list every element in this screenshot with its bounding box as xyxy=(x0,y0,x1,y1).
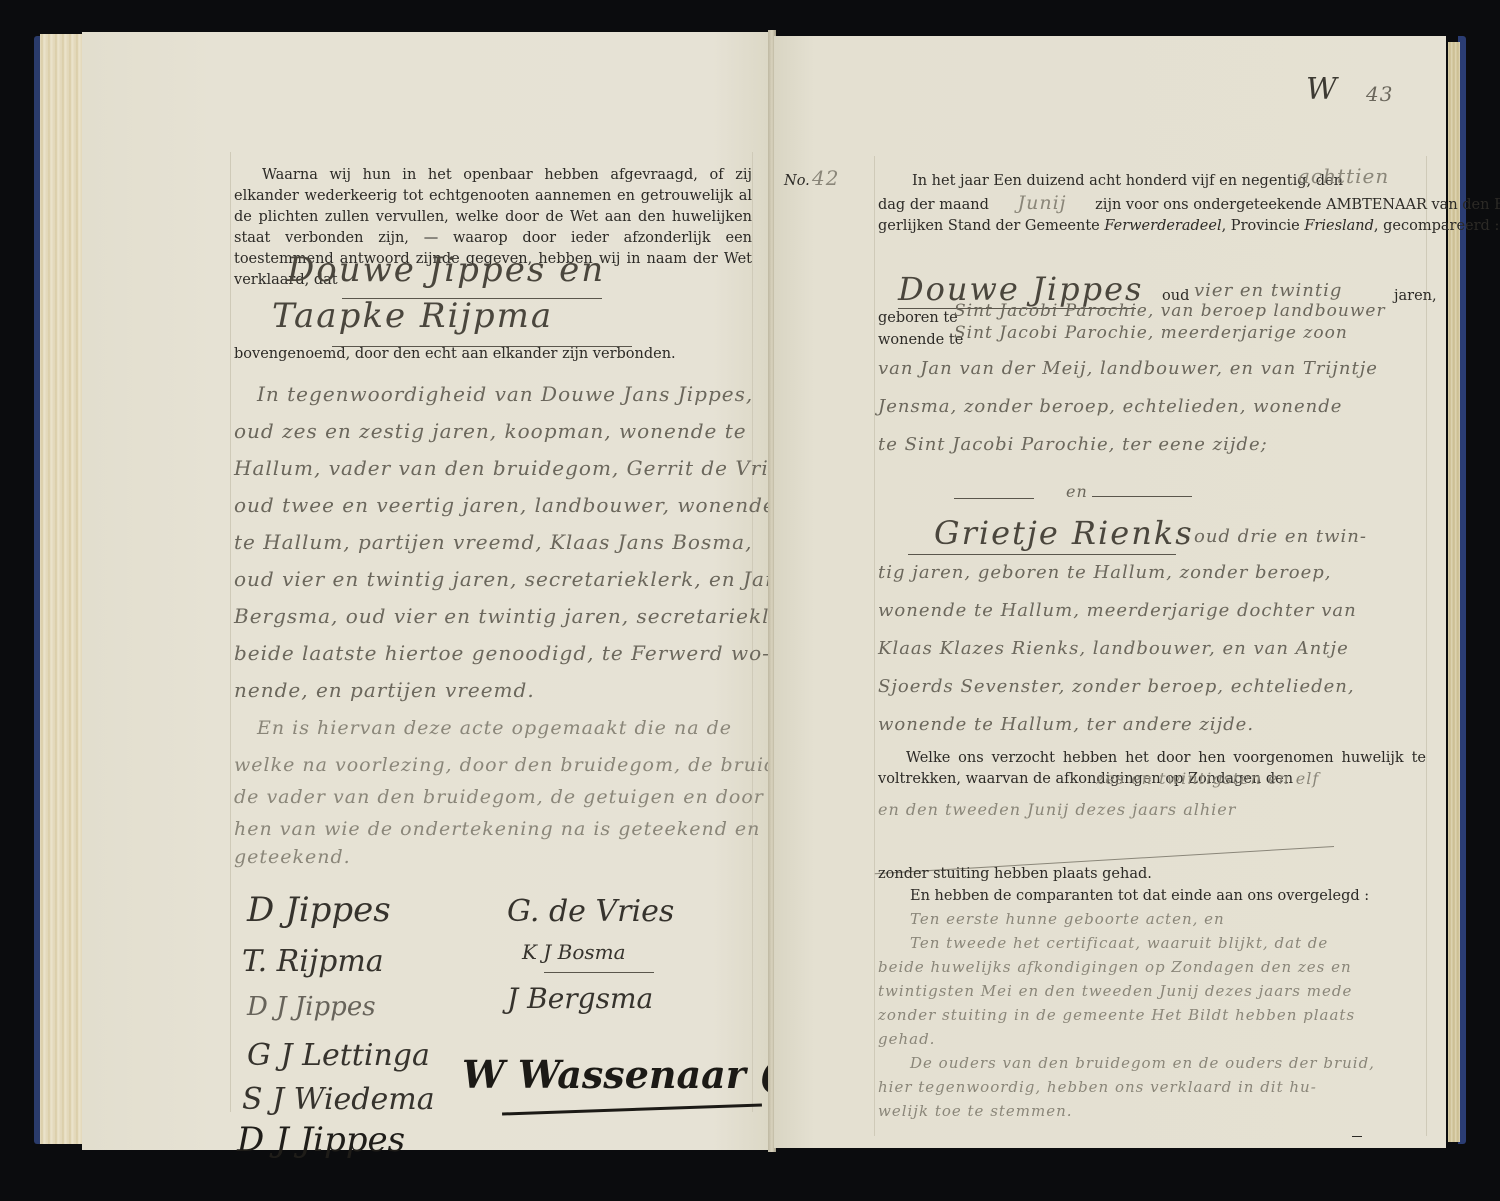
signature-flourish xyxy=(502,1103,762,1115)
header-line-2: dag der maand Junij zijn voor ons onderg… xyxy=(878,193,1500,216)
folio-mark: W xyxy=(1306,72,1338,107)
banns-dates-line-1: zes en twintigsten en elf xyxy=(1096,769,1319,788)
separator-line xyxy=(1092,496,1192,497)
couple-name-line-1: Douwe Jippes en xyxy=(287,250,605,290)
printed-documents-intro: En hebben de comparanten tot dat einde a… xyxy=(910,886,1369,907)
connector-en: en xyxy=(1066,482,1088,501)
signature: D Jippes xyxy=(247,890,391,930)
margin-rule xyxy=(752,152,753,1112)
signature: T. Rijpma xyxy=(242,944,384,979)
printed-no-objection: zonder stuiting hebben plaats gehad. xyxy=(878,864,1152,885)
underline xyxy=(544,972,654,973)
signature: D J Jippes xyxy=(237,1120,405,1160)
header-line-1: In het jaar Een duizend acht honderd vij… xyxy=(912,171,1343,192)
couple-name-line-2: Taapke Rijpma xyxy=(272,296,553,336)
signature: J Bergsma xyxy=(507,982,653,1015)
left-page: Waarna wij hun in het openbaar hebben af… xyxy=(82,32,768,1150)
marriage-day: achttien xyxy=(1298,164,1389,188)
groom-residence: Sint Jacobi Parochie, meerderjarige zoon xyxy=(954,323,1348,343)
end-mark xyxy=(1352,1136,1362,1137)
margin-rule xyxy=(874,156,875,1136)
groom-age: vier en twintig xyxy=(1194,280,1342,301)
signature: K J Bosma xyxy=(522,940,626,964)
signature: S J Wiedema xyxy=(242,1082,435,1117)
act-number: 42 xyxy=(812,166,839,190)
groom-birthplace: Sint Jacobi Parochie, van beroep landbou… xyxy=(954,301,1386,321)
signature: D J Jippes xyxy=(247,992,376,1022)
signature: G. de Vries xyxy=(507,894,674,929)
open-register-book: Waarna wij hun in het openbaar hebben af… xyxy=(34,30,1466,1152)
signature: G J Lettinga xyxy=(247,1038,430,1073)
right-page: W 43 No. 42 In het jaar Een duizend acht… xyxy=(774,36,1446,1148)
page-stack-left xyxy=(40,34,86,1144)
province: Friesland xyxy=(1304,218,1374,234)
act-number-label: No. xyxy=(784,171,810,192)
header-line-3: gerlijken Stand der Gemeente Ferwerderad… xyxy=(878,216,1499,237)
separator-line xyxy=(954,498,1034,499)
marriage-month: Junij xyxy=(994,192,1091,214)
bride-name: Grietje Rienks xyxy=(934,514,1194,552)
underline xyxy=(908,554,1176,555)
municipality: Ferwerderadeel xyxy=(1104,218,1221,234)
banns-dates-line-2: en den tweeden Junij dezes jaars alhier xyxy=(878,800,1236,819)
margin-rule xyxy=(230,152,231,1112)
page-number: 43 xyxy=(1366,82,1393,106)
printed-after-names: bovengenoemd, door den echt aan elkander… xyxy=(234,344,752,365)
